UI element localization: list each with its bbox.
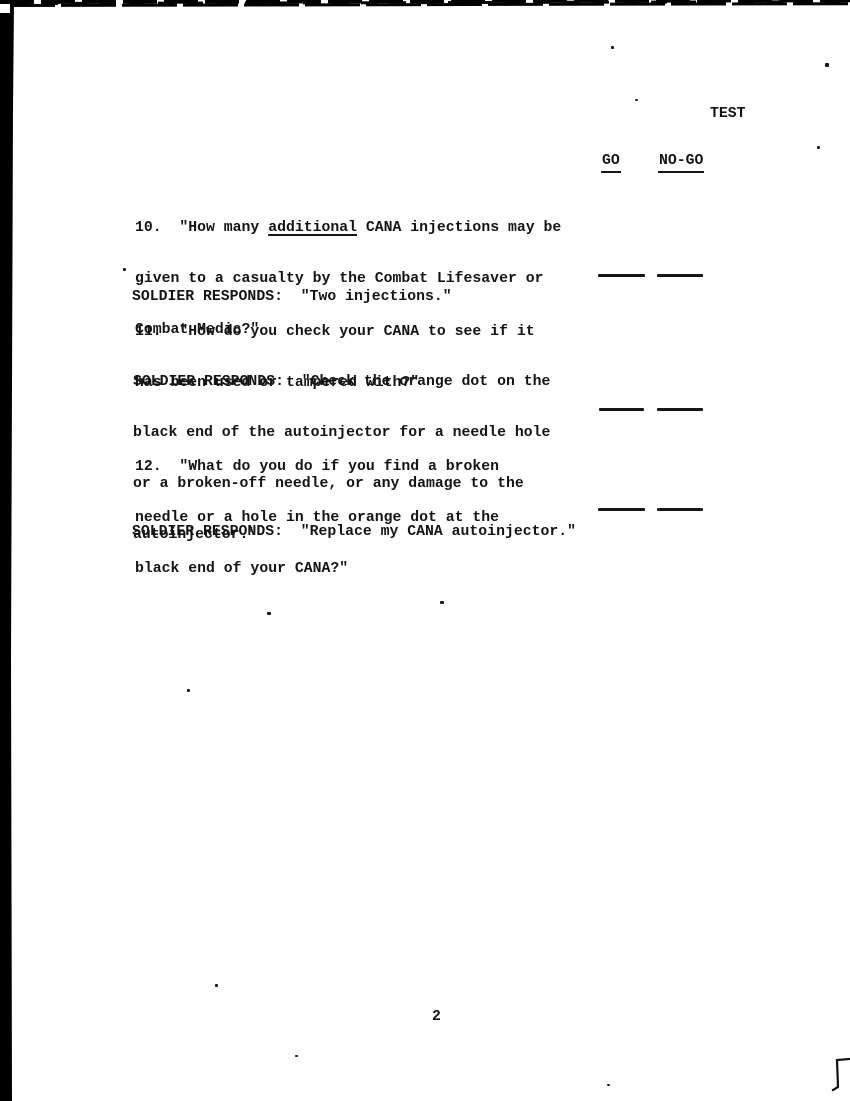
document-page: TEST GO NO-GO 10. "How many additional C… (0, 0, 850, 1101)
go-answer-blank-3 (598, 508, 645, 511)
scan-artifact-top-edge (0, 0, 850, 11)
scan-speckle (611, 46, 614, 49)
scan-speckle (607, 1084, 610, 1086)
underlined-word: additional (268, 220, 357, 236)
scan-speckle (440, 601, 444, 604)
scan-speckle (817, 146, 820, 149)
page-number: 2 (432, 1009, 441, 1026)
scan-artifact-notch (0, 4, 10, 13)
no-go-answer-blank-2 (657, 408, 703, 411)
column-header-go: GO (601, 153, 621, 170)
scan-speckle (825, 63, 829, 67)
scan-speckle (123, 268, 126, 271)
scan-speckle (295, 1055, 298, 1057)
corner-bracket-mark (828, 1054, 850, 1096)
scan-artifact-left-edge (0, 0, 14, 1101)
no-go-answer-blank-3 (657, 508, 703, 511)
page-title: TEST (710, 106, 746, 123)
no-go-answer-blank-1 (657, 274, 703, 277)
scan-speckle (215, 984, 218, 987)
scan-speckle (635, 99, 638, 101)
soldier-responds-12-text: SOLDIER RESPONDS: "Replace my CANA autoi… (132, 490, 576, 575)
go-answer-blank-2 (599, 408, 644, 411)
go-answer-blank-1 (598, 274, 645, 277)
column-header-no-go: NO-GO (658, 153, 704, 170)
scan-speckle (187, 689, 190, 692)
scan-speckle (267, 612, 271, 615)
